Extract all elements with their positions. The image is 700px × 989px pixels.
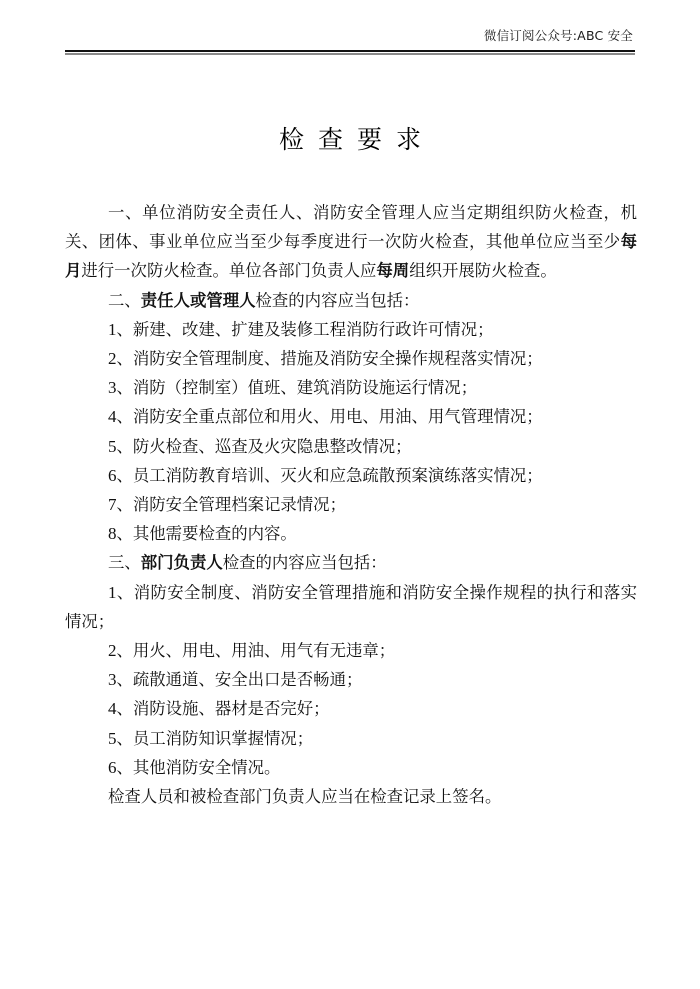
item-text: 、疏散通道、安全出口是否畅通； [117,670,363,689]
item-number: 5 [108,437,117,456]
item-text: 、员工消防教育培训、灭火和应急疏散预案演练落实情况； [117,466,543,485]
section-1-text-b: 进行一次防火检查。单位各部门负责人应 [81,261,376,280]
section-2-number: 二、 [108,291,141,310]
section-3-heading-suffix: 检查的内容应当包括： [223,553,387,572]
section-2-heading-bold: 责任人或管理人 [141,291,256,310]
item-number: 3 [108,670,117,689]
item-text: 、消防安全重点部位和用火、用电、用油、用气管理情况； [117,407,543,426]
section-3-heading: 三、部门负责人检查的内容应当包括： [65,548,637,577]
item-number: 8 [108,524,117,543]
item-number: 5 [108,729,117,748]
item-text: 、员工消防知识掌握情况； [117,729,314,748]
item-text: 、消防安全管理档案记录情况； [117,495,346,514]
item-text: 、其他需要检查的内容。 [117,524,297,543]
item-text: 、消防安全管理制度、措施及消防安全操作规程落实情况； [117,349,543,368]
item-text: 、消防（控制室）值班、建筑消防设施运行情况； [117,378,478,397]
item-text: 、消防安全制度、消防安全管理措施和消防安全操作规程的执行和落实情况； [65,583,637,631]
item-text: 、防火检查、巡查及火灾隐患整改情况； [117,437,412,456]
item-text: 、用火、用电、用油、用气有无违章； [117,641,396,660]
section-3-number: 三、 [108,553,141,572]
emphasis-weekly: 每周 [376,261,409,280]
item-number: 1 [108,583,117,602]
item-number: 2 [108,349,117,368]
item-number: 6 [108,758,117,777]
item-number: 3 [108,378,117,397]
section-1-text-c: 组织开展防火检查。 [409,261,557,280]
item-number: 7 [108,495,117,514]
section-2-item: 7、消防安全管理档案记录情况； [65,490,637,519]
section-3-item: 1、消防安全制度、消防安全管理措施和消防安全操作规程的执行和落实情况； [65,578,637,636]
section-2-item: 2、消防安全管理制度、措施及消防安全操作规程落实情况； [65,344,637,373]
item-text: 、消防设施、器材是否完好； [117,699,330,718]
section-2-item: 1、新建、改建、扩建及装修工程消防行政许可情况； [65,315,637,344]
section-2-item: 4、消防安全重点部位和用火、用电、用油、用气管理情况； [65,402,637,431]
header-text: 微信订阅公众号:ABC 安全 [484,27,633,45]
section-2-heading: 二、责任人或管理人检查的内容应当包括： [65,286,637,315]
page-title: 检查要求 [0,124,700,156]
section-3-item: 6、其他消防安全情况。 [65,753,637,782]
document-body: 一、单位消防安全责任人、消防安全管理人应当定期组织防火检查，机关、团体、事业单位… [65,198,637,811]
header-rule [65,50,635,52]
section-1-text-a: 一、单位消防安全责任人、消防安全管理人应当定期组织防火检查，机关、团体、事业单位… [65,203,637,251]
section-2-item: 8、其他需要检查的内容。 [65,519,637,548]
item-text: 、新建、改建、扩建及装修工程消防行政许可情况； [117,320,494,339]
section-2-heading-suffix: 检查的内容应当包括： [256,291,420,310]
item-number: 2 [108,641,117,660]
section-3-heading-bold: 部门负责人 [141,553,223,572]
section-3-item: 4、消防设施、器材是否完好； [65,694,637,723]
section-3-item: 5、员工消防知识掌握情况； [65,724,637,753]
item-number: 1 [108,320,117,339]
item-number: 4 [108,407,117,426]
section-1-paragraph: 一、单位消防安全责任人、消防安全管理人应当定期组织防火检查，机关、团体、事业单位… [65,198,637,286]
item-number: 6 [108,466,117,485]
section-2-item: 5、防火检查、巡查及火灾隐患整改情况； [65,432,637,461]
item-text: 、其他消防安全情况。 [117,758,281,777]
page-header: 微信订阅公众号:ABC 安全 [65,26,635,56]
header-rule-shadow [65,53,635,55]
closing-statement: 检查人员和被检查部门负责人应当在检查记录上签名。 [65,782,637,811]
section-2-item: 6、员工消防教育培训、灭火和应急疏散预案演练落实情况； [65,461,637,490]
section-3-item: 3、疏散通道、安全出口是否畅通； [65,665,637,694]
item-number: 4 [108,699,117,718]
section-2-item: 3、消防（控制室）值班、建筑消防设施运行情况； [65,373,637,402]
section-3-item: 2、用火、用电、用油、用气有无违章； [65,636,637,665]
